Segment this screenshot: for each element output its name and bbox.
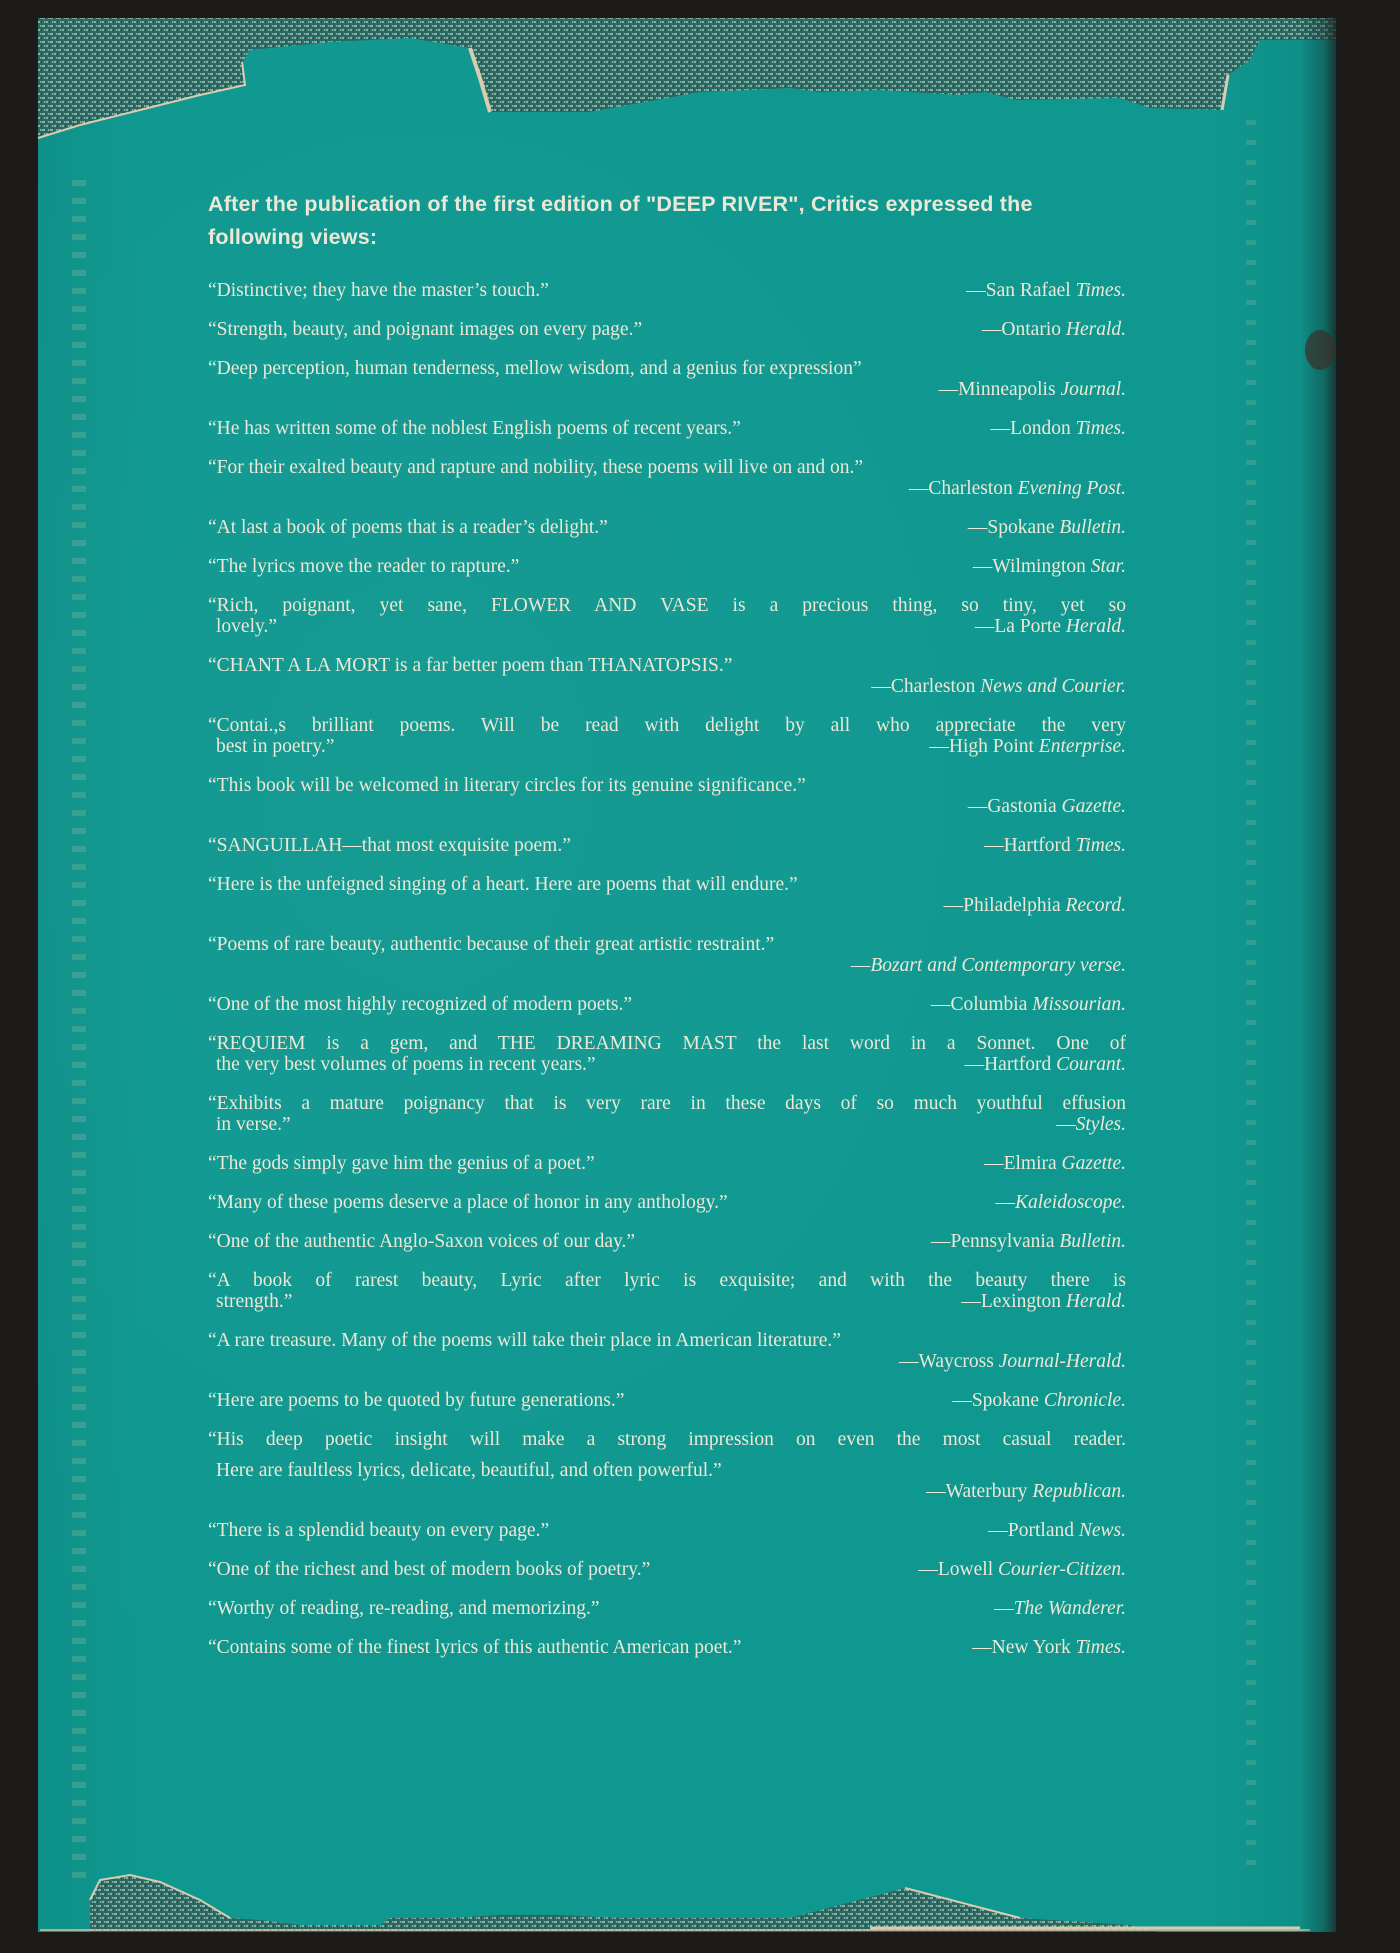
source-place: — bbox=[995, 1192, 1015, 1213]
quote-text: “For their exalted beauty and rapture an… bbox=[208, 457, 863, 478]
source-publication: Herald. bbox=[1066, 1291, 1126, 1312]
quote-source: —Charleston Evening Post. bbox=[909, 478, 1126, 499]
source-place: —Charleston bbox=[909, 478, 1018, 499]
quote-text: “SANGUILLAH—that most exquisite poem.” bbox=[208, 835, 968, 856]
quote-source: —Waycross Journal-Herald. bbox=[899, 1351, 1126, 1372]
source-place: —Waterbury bbox=[926, 1481, 1032, 1502]
quote-source: —Pennsylvania Bulletin. bbox=[931, 1231, 1126, 1252]
source-place: —London bbox=[991, 418, 1076, 439]
quote-item: “One of the richest and best of modern b… bbox=[208, 1559, 1126, 1580]
quote-source: —Ontario Herald. bbox=[982, 319, 1126, 340]
quote-text: “The gods simply gave him the genius of … bbox=[208, 1153, 968, 1174]
source-place: —La Porte bbox=[975, 616, 1066, 637]
source-publication: Kaleidoscope. bbox=[1015, 1192, 1126, 1213]
source-place: — bbox=[1056, 1114, 1076, 1135]
source-place: —Spokane bbox=[952, 1390, 1044, 1411]
edge-wear bbox=[1246, 120, 1256, 1880]
source-publication: Republican. bbox=[1032, 1481, 1126, 1502]
quote-source: —Lowell Courier-Citizen. bbox=[918, 1559, 1126, 1580]
critics-reviews: After the publication of the first editi… bbox=[208, 188, 1126, 1676]
quote-text: “Exhibits a mature poignancy that is ver… bbox=[208, 1093, 1126, 1114]
quote-text: strength.” bbox=[216, 1291, 945, 1312]
quote-source: —Styles. bbox=[1056, 1114, 1126, 1135]
intro-heading: After the publication of the first editi… bbox=[208, 188, 1126, 254]
edge-wear bbox=[72, 180, 86, 1880]
quote-text: the very best volumes of poems in recent… bbox=[216, 1054, 949, 1075]
quote-source: —Minneapolis Journal. bbox=[939, 379, 1126, 400]
quote-text: “Deep perception, human tenderness, mell… bbox=[208, 358, 862, 379]
source-place: —Portland bbox=[988, 1520, 1078, 1541]
source-place: —Minneapolis bbox=[939, 379, 1061, 400]
quote-source: —Hartford Courant. bbox=[965, 1054, 1126, 1075]
source-publication: Bulletin. bbox=[1059, 517, 1126, 538]
quote-text: “Contains some of the finest lyrics of t… bbox=[208, 1637, 956, 1658]
quote-source: —Columbia Missourian. bbox=[931, 994, 1126, 1015]
source-publication: The Wanderer. bbox=[1014, 1598, 1126, 1619]
quote-source: —Bozart and Contemporary verse. bbox=[851, 955, 1126, 976]
quote-item: “A rare treasure. Many of the poems will… bbox=[208, 1330, 1126, 1372]
quote-text: “REQUIEM is a gem, and THE DREAMING MAST… bbox=[208, 1033, 1126, 1054]
quote-item: “One of the authentic Anglo-Saxon voices… bbox=[208, 1231, 1126, 1252]
source-place: —Elmira bbox=[984, 1153, 1061, 1174]
source-place: —High Point bbox=[929, 736, 1038, 757]
quote-text: “Rich, poignant, yet sane, FLOWER AND VA… bbox=[208, 595, 1126, 616]
source-place: —Wilmington bbox=[973, 556, 1091, 577]
quote-source: —Portland News. bbox=[988, 1520, 1126, 1541]
quote-source: —La Porte Herald. bbox=[975, 616, 1126, 637]
quote-source: —High Point Enterprise. bbox=[929, 736, 1126, 757]
source-publication: Chronicle. bbox=[1044, 1390, 1126, 1411]
source-publication: Gazette. bbox=[1062, 1153, 1126, 1174]
source-place: — bbox=[994, 1598, 1014, 1619]
source-publication: Bulletin. bbox=[1059, 1231, 1126, 1252]
quote-text: Here are faultless lyrics, delicate, bea… bbox=[216, 1460, 722, 1481]
quote-text: “Here are poems to be quoted by future g… bbox=[208, 1390, 936, 1411]
quote-text: “One of the most highly recognized of mo… bbox=[208, 994, 915, 1015]
source-publication: Journal-Herald. bbox=[999, 1351, 1126, 1372]
source-publication: News. bbox=[1079, 1520, 1126, 1541]
source-publication: Journal. bbox=[1060, 379, 1126, 400]
quote-source: —Spokane Chronicle. bbox=[952, 1390, 1126, 1411]
source-publication: Courant. bbox=[1056, 1054, 1126, 1075]
quote-text: “CHANT A LA MORT is a far better poem th… bbox=[208, 655, 732, 676]
quote-item: “SANGUILLAH—that most exquisite poem.”—H… bbox=[208, 835, 1126, 856]
source-publication: Star. bbox=[1091, 556, 1126, 577]
quote-source: —Kaleidoscope. bbox=[995, 1192, 1126, 1213]
quote-text: “Many of these poems deserve a place of … bbox=[208, 1192, 979, 1213]
quote-item: “A book of rarest beauty, Lyric after ly… bbox=[208, 1270, 1126, 1312]
spine-shadow bbox=[1300, 18, 1340, 1932]
quote-item: “There is a splendid beauty on every pag… bbox=[208, 1520, 1126, 1541]
quote-source: —Waterbury Republican. bbox=[926, 1481, 1126, 1502]
quote-text: “One of the authentic Anglo-Saxon voices… bbox=[208, 1231, 915, 1252]
quote-item: “Worthy of reading, re-reading, and memo… bbox=[208, 1598, 1126, 1619]
quote-item: “Rich, poignant, yet sane, FLOWER AND VA… bbox=[208, 595, 1126, 637]
quote-text: “Poems of rare beauty, authentic because… bbox=[208, 934, 774, 955]
quote-text: “He has written some of the noblest Engl… bbox=[208, 418, 975, 439]
source-publication: Missourian. bbox=[1032, 994, 1126, 1015]
quote-item: “Strength, beauty, and poignant images o… bbox=[208, 319, 1126, 340]
quote-source: —London Times. bbox=[991, 418, 1126, 439]
source-place: —San Rafael bbox=[966, 280, 1075, 301]
source-publication: Record. bbox=[1066, 895, 1126, 916]
source-publication: Herald. bbox=[1066, 616, 1126, 637]
quote-item: “REQUIEM is a gem, and THE DREAMING MAST… bbox=[208, 1033, 1126, 1075]
quote-item: “Contains some of the finest lyrics of t… bbox=[208, 1637, 1126, 1658]
quote-text: “Contai.,s brilliant poems. Will be read… bbox=[208, 715, 1126, 736]
quote-text: “His deep poetic insight will make a str… bbox=[208, 1429, 1126, 1450]
quote-text: “A rare treasure. Many of the poems will… bbox=[208, 1330, 841, 1351]
quote-item: “This book will be welcomed in literary … bbox=[208, 775, 1126, 817]
stain bbox=[1305, 330, 1335, 370]
source-publication: Times. bbox=[1076, 418, 1126, 439]
source-place: —Columbia bbox=[931, 994, 1032, 1015]
source-publication: Evening Post. bbox=[1018, 478, 1126, 499]
source-publication: Times. bbox=[1076, 835, 1126, 856]
source-publication: Bozart and Contemporary verse. bbox=[870, 955, 1126, 976]
quote-source: —Gastonia Gazette. bbox=[968, 796, 1126, 817]
quote-text: “One of the richest and best of modern b… bbox=[208, 1559, 902, 1580]
source-publication: Herald. bbox=[1066, 319, 1126, 340]
source-place: —Hartford bbox=[984, 835, 1076, 856]
source-place: —Pennsylvania bbox=[931, 1231, 1059, 1252]
quote-item: “Here are poems to be quoted by future g… bbox=[208, 1390, 1126, 1411]
quote-item: “He has written some of the noblest Engl… bbox=[208, 418, 1126, 439]
source-publication: Times. bbox=[1076, 1637, 1126, 1658]
quote-item: “Exhibits a mature poignancy that is ver… bbox=[208, 1093, 1126, 1135]
source-place: —Lexington bbox=[961, 1291, 1066, 1312]
quote-text: “A book of rarest beauty, Lyric after ly… bbox=[208, 1270, 1126, 1291]
source-place: —Hartford bbox=[965, 1054, 1057, 1075]
quote-item: “For their exalted beauty and rapture an… bbox=[208, 457, 1126, 499]
quote-item: “One of the most highly recognized of mo… bbox=[208, 994, 1126, 1015]
source-publication: Times. bbox=[1076, 280, 1126, 301]
quote-item: “His deep poetic insight will make a str… bbox=[208, 1429, 1126, 1502]
source-publication: Courier-Citizen. bbox=[998, 1559, 1126, 1580]
source-place: —Charleston bbox=[871, 676, 980, 697]
quote-source: —Elmira Gazette. bbox=[984, 1153, 1126, 1174]
quote-source: —Hartford Times. bbox=[984, 835, 1126, 856]
quote-text: lovely.” bbox=[216, 616, 959, 637]
quote-item: “At last a book of poems that is a reade… bbox=[208, 517, 1126, 538]
quote-text: “Distinctive; they have the master’s tou… bbox=[208, 280, 950, 301]
source-place: —Spokane bbox=[968, 517, 1060, 538]
quote-text: “At last a book of poems that is a reade… bbox=[208, 517, 952, 538]
quote-item: “Here is the unfeigned singing of a hear… bbox=[208, 874, 1126, 916]
source-publication: Enterprise. bbox=[1039, 736, 1126, 757]
quote-source: —Charleston News and Courier. bbox=[871, 676, 1126, 697]
quote-item: “Many of these poems deserve a place of … bbox=[208, 1192, 1126, 1213]
quote-item: “Deep perception, human tenderness, mell… bbox=[208, 358, 1126, 400]
quote-item: “Contai.,s brilliant poems. Will be read… bbox=[208, 715, 1126, 757]
quote-source: —Spokane Bulletin. bbox=[968, 517, 1126, 538]
source-place: —New York bbox=[972, 1637, 1075, 1658]
source-publication: Styles. bbox=[1076, 1114, 1126, 1135]
quote-source: —New York Times. bbox=[972, 1637, 1126, 1658]
quote-text: “The lyrics move the reader to rapture.” bbox=[208, 556, 957, 577]
source-place: —Lowell bbox=[918, 1559, 998, 1580]
quote-text: “Here is the unfeigned singing of a hear… bbox=[208, 874, 798, 895]
source-place: —Ontario bbox=[982, 319, 1066, 340]
source-place: —Waycross bbox=[899, 1351, 999, 1372]
quote-text: best in poetry.” bbox=[216, 736, 913, 757]
quote-list: “Distinctive; they have the master’s tou… bbox=[208, 280, 1126, 1658]
quote-text: “Strength, beauty, and poignant images o… bbox=[208, 319, 966, 340]
source-place: —Gastonia bbox=[968, 796, 1062, 817]
source-place: —Philadelphia bbox=[944, 895, 1066, 916]
quote-text: “This book will be welcomed in literary … bbox=[208, 775, 806, 796]
quote-source: —Wilmington Star. bbox=[973, 556, 1126, 577]
quote-text: “There is a splendid beauty on every pag… bbox=[208, 1520, 972, 1541]
quote-source: —San Rafael Times. bbox=[966, 280, 1126, 301]
source-place: — bbox=[851, 955, 871, 976]
source-publication: Gazette. bbox=[1062, 796, 1126, 817]
source-publication: News and Courier. bbox=[980, 676, 1126, 697]
quote-text: in verse.” bbox=[216, 1114, 1040, 1135]
quote-item: “Distinctive; they have the master’s tou… bbox=[208, 280, 1126, 301]
quote-item: “The gods simply gave him the genius of … bbox=[208, 1153, 1126, 1174]
quote-source: —The Wanderer. bbox=[994, 1598, 1126, 1619]
quote-source: —Lexington Herald. bbox=[961, 1291, 1126, 1312]
quote-source: —Philadelphia Record. bbox=[944, 895, 1126, 916]
quote-text: “Worthy of reading, re-reading, and memo… bbox=[208, 1598, 978, 1619]
quote-item: “The lyrics move the reader to rapture.”… bbox=[208, 556, 1126, 577]
quote-item: “Poems of rare beauty, authentic because… bbox=[208, 934, 1126, 976]
quote-item: “CHANT A LA MORT is a far better poem th… bbox=[208, 655, 1126, 697]
